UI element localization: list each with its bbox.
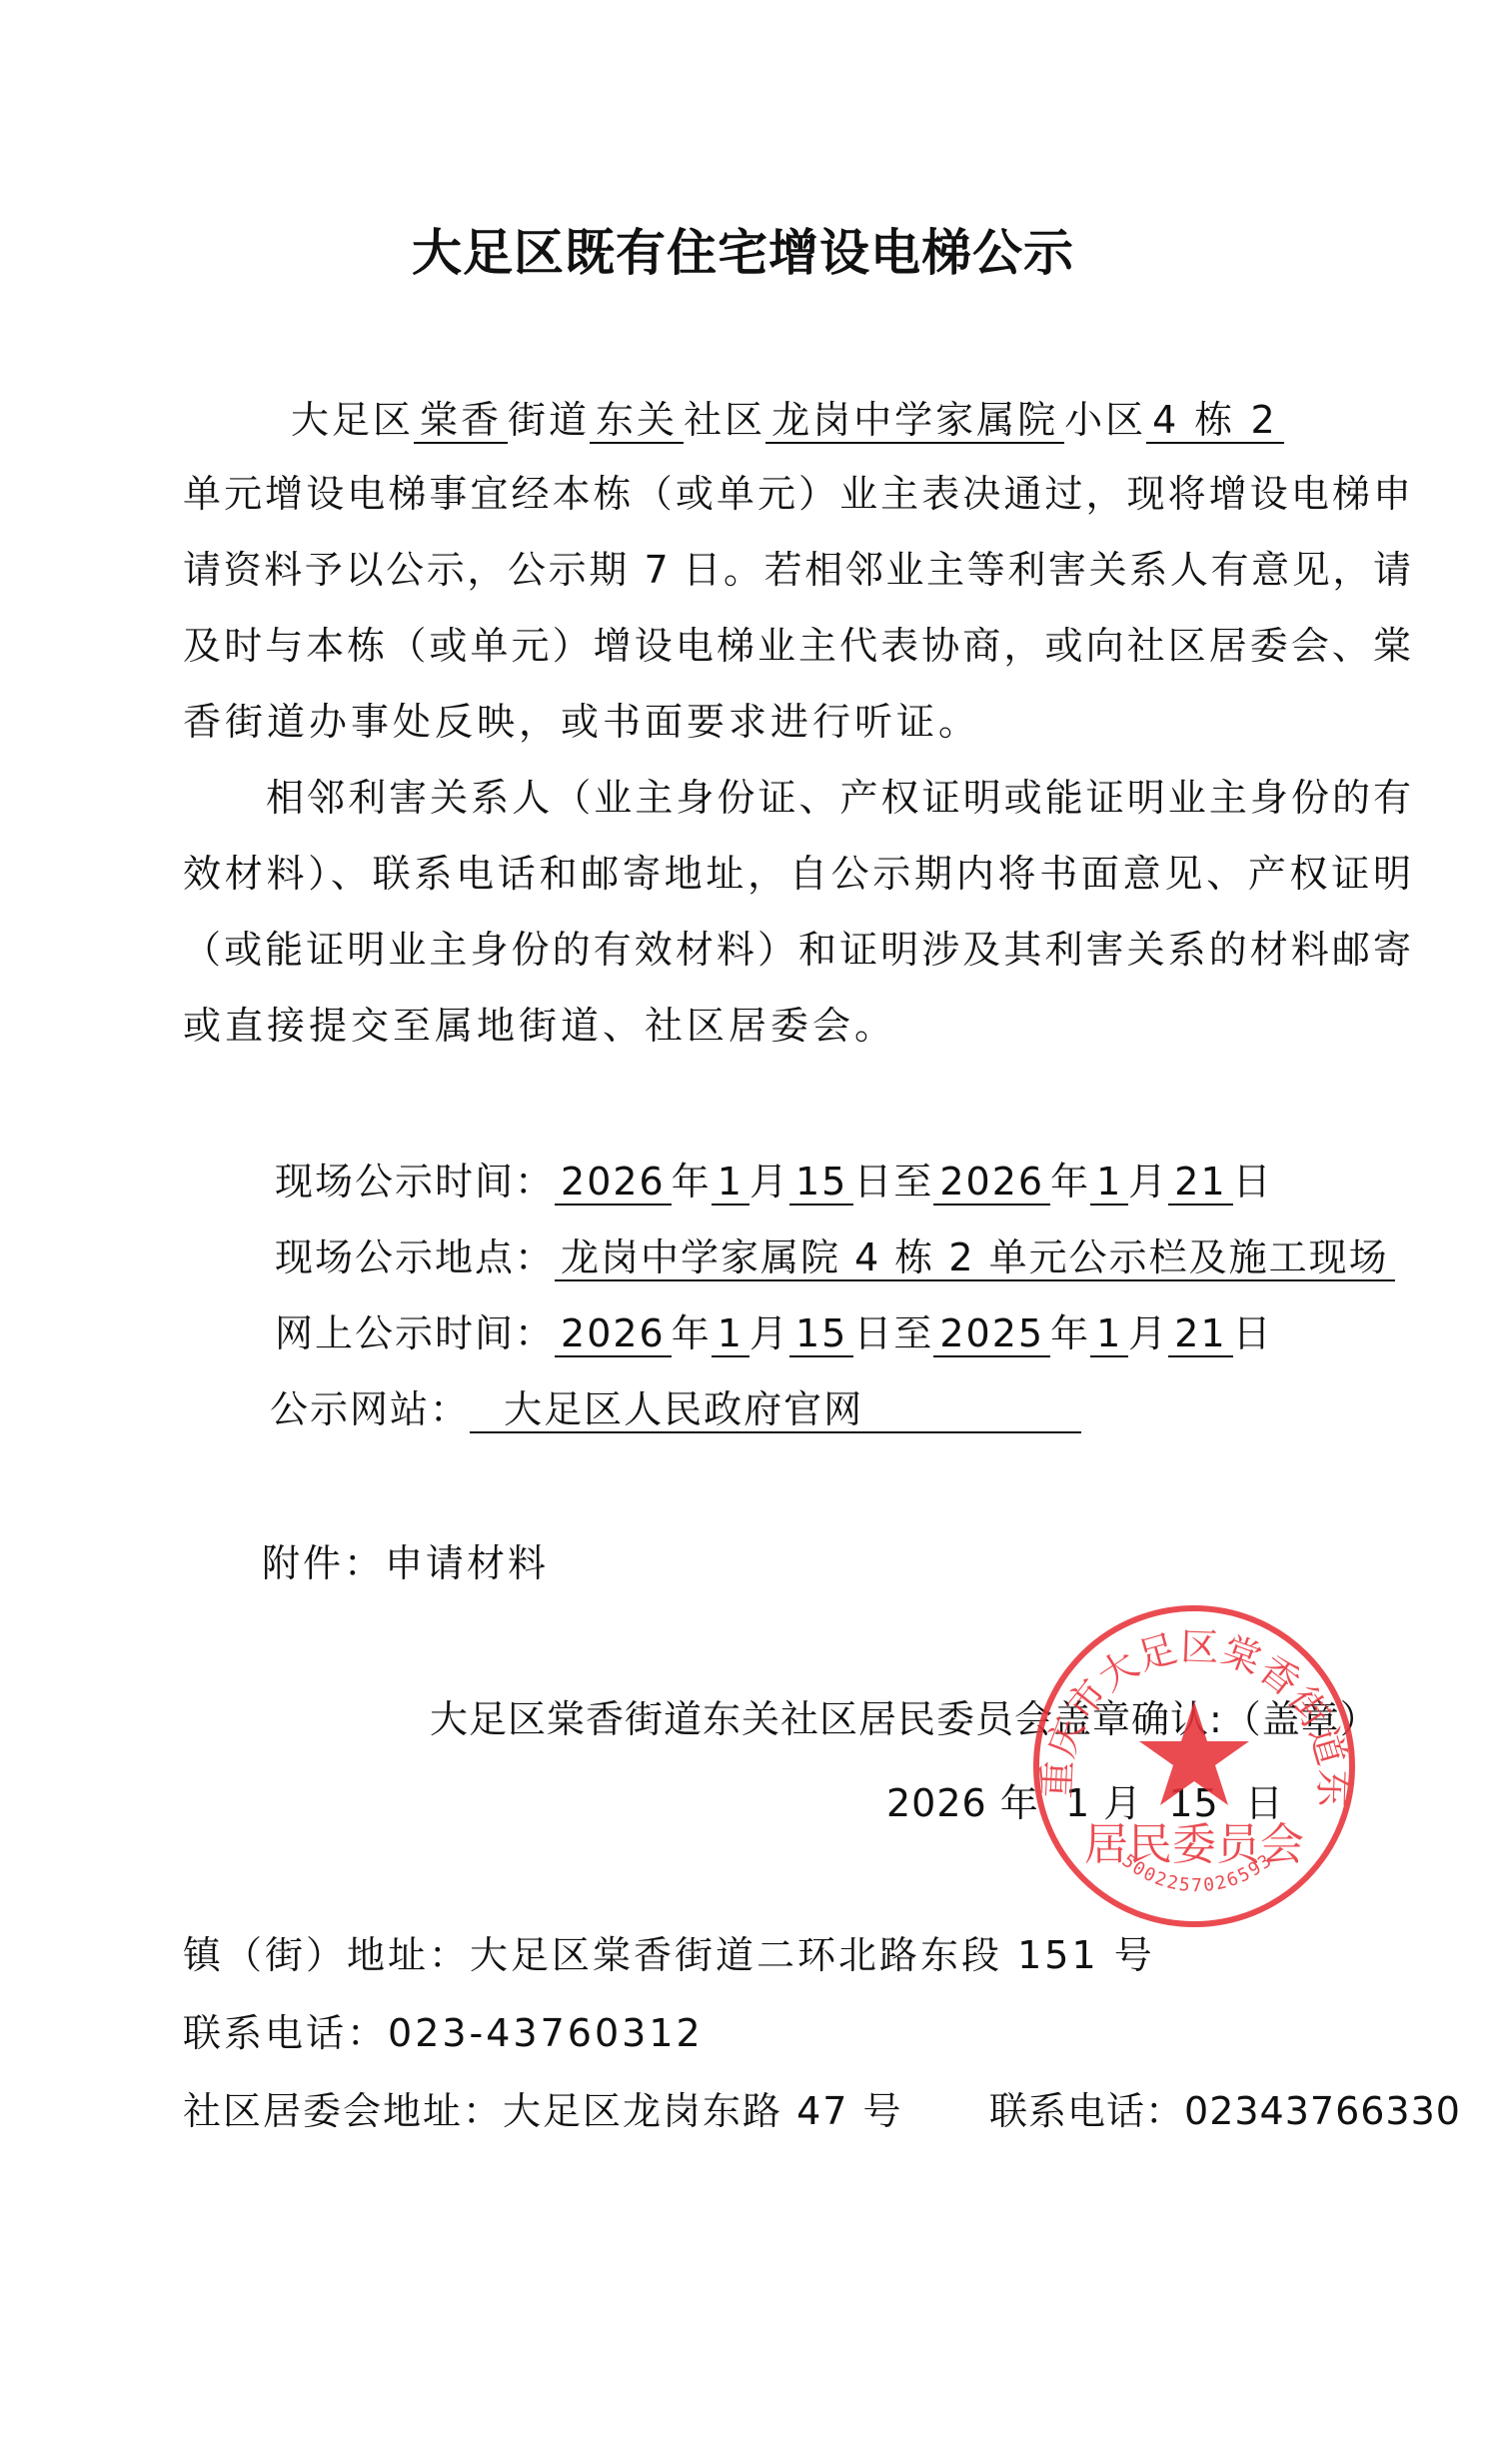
online-end-day: 21	[1168, 1311, 1232, 1357]
to-label: 至	[893, 1311, 933, 1355]
community-phone-label: 联系电话：	[989, 2089, 1184, 2133]
year-unit: 年	[1050, 1311, 1090, 1355]
district-label: 大足区	[291, 398, 414, 442]
month-unit: 月	[1128, 1311, 1168, 1355]
para2-line-1: 相邻利害关系人（业主身份证、产权证明或能证明业主身份的有	[266, 774, 1411, 822]
onsite-time-label: 现场公示时间：	[275, 1160, 555, 1204]
day-unit: 日	[1233, 1311, 1273, 1355]
day-unit: 日	[1233, 1160, 1273, 1204]
day-unit: 日	[853, 1311, 893, 1355]
year-unit: 年	[1050, 1160, 1090, 1204]
attachment-value: 申请材料	[385, 1541, 549, 1585]
onsite-time-row: 现场公示时间： 2026 年1 月 15 日至 2026 年 1 月 21 日	[275, 1158, 1273, 1206]
onsite-location-value: 龙岗中学家属院 4 栋 2 单元公示栏及施工现场	[555, 1235, 1395, 1281]
street-field: 棠香	[414, 398, 508, 444]
intro-line-5: 香街道办事处反映，或书面要求进行听证。	[183, 698, 980, 746]
seal-code: 5002257026593	[1118, 1849, 1277, 1896]
community-phone-value: 02343766330	[1184, 2089, 1461, 2133]
street-address-row: 镇（街）地址：大足区棠香街道二环北路东段 151 号	[183, 1931, 1155, 1979]
online-start-month: 1	[712, 1311, 749, 1357]
onsite-location-label: 现场公示地点：	[275, 1235, 555, 1279]
para2-line-2: 效材料）、联系电话和邮寄地址，自公示期内将书面意见、产权证明	[183, 850, 1411, 898]
community-address-label: 社区居委会地址：	[183, 2089, 503, 2133]
community-address-value: 大足区龙岗东路 47 号	[503, 2089, 903, 2133]
attachment-row: 附件：申请材料	[262, 1539, 549, 1587]
month-unit: 月	[1128, 1160, 1168, 1204]
month-unit: 月	[749, 1160, 789, 1204]
onsite-end-year: 2026	[933, 1160, 1050, 1206]
para2-line-4: 或直接提交至属地街道、社区居委会。	[183, 1002, 896, 1050]
onsite-end-month: 1	[1090, 1160, 1128, 1206]
attachment-label: 附件：	[262, 1541, 385, 1585]
intro-line-4: 及时与本栋（或单元）增设电梯业主代表协商，或向社区居委会、棠	[183, 622, 1411, 670]
onsite-end-day: 21	[1168, 1160, 1232, 1206]
page-title: 大足区既有住宅增设电梯公示	[0, 218, 1486, 288]
community-phone-row: 联系电话：02343766330	[989, 2087, 1461, 2135]
onsite-start-year: 2026	[555, 1160, 672, 1206]
online-end-month: 1	[1090, 1311, 1128, 1357]
estate-field: 龙岗中学家属院	[765, 398, 1064, 444]
community-address-row: 社区居委会地址：大足区龙岗东路 47 号	[183, 2087, 903, 2135]
intro-line-2: 单元增设电梯事宜经本栋（或单元）业主表决通过，现将增设电梯申	[183, 470, 1411, 518]
intro-line-1: 大足区 棠香 街道 东关 社区 龙岗中学家属院 小区 4 栋 2	[291, 396, 1284, 444]
street-address-value: 大足区棠香街道二环北路东段 151 号	[470, 1933, 1155, 1977]
year-unit: 年	[672, 1311, 712, 1355]
street-phone-row: 联系电话：023-43760312	[183, 2009, 704, 2057]
onsite-location-row: 现场公示地点： 龙岗中学家属院 4 栋 2 单元公示栏及施工现场	[275, 1233, 1395, 1281]
estate-suffix: 小区	[1064, 398, 1146, 442]
website-row: 公示网站： 大足区人民政府官网	[270, 1385, 1081, 1433]
online-end-year: 2025	[933, 1311, 1050, 1357]
para2-line-3: （或能证明业主身份的有效材料）和证明涉及其利害关系的材料邮寄	[183, 926, 1411, 974]
online-start-year: 2026	[555, 1311, 672, 1357]
street-phone-label: 联系电话：	[183, 2011, 388, 2055]
official-seal-icon: 重庆市大足区棠香街道东关社区 居民委员会 5002257026593	[1029, 1601, 1359, 1931]
onsite-start-month: 1	[712, 1160, 749, 1206]
online-start-day: 15	[789, 1311, 853, 1357]
online-time-label: 网上公示时间：	[275, 1311, 555, 1355]
website-value: 大足区人民政府官网	[470, 1387, 1081, 1433]
street-suffix: 街道	[508, 398, 590, 442]
day-unit: 日	[853, 1160, 893, 1204]
online-time-row: 网上公示时间： 2026 年1 月 15 日至 2025 年 1 月 21 日	[275, 1309, 1273, 1357]
intro-line-3: 请资料予以公示，公示期 7 日。若相邻业主等利害关系人有意见，请	[183, 546, 1411, 594]
community-suffix: 社区	[684, 398, 765, 442]
svg-text:5002257026593: 5002257026593	[1118, 1849, 1277, 1896]
year-unit: 年	[672, 1160, 712, 1204]
signature-date: 2026 年 1 月 15 日	[886, 1779, 1284, 1827]
building-field: 4 栋 2	[1146, 398, 1284, 444]
street-address-label: 镇（街）地址：	[183, 1933, 470, 1977]
onsite-start-day: 15	[789, 1160, 853, 1206]
community-field: 东关	[590, 398, 684, 444]
to-label: 至	[893, 1160, 933, 1204]
website-label: 公示网站：	[270, 1387, 470, 1431]
month-unit: 月	[749, 1311, 789, 1355]
signature-line: 大足区棠香街道东关社区居民委员会盖章确认:（盖章）	[430, 1695, 1379, 1743]
street-phone-value: 023-43760312	[388, 2011, 704, 2055]
